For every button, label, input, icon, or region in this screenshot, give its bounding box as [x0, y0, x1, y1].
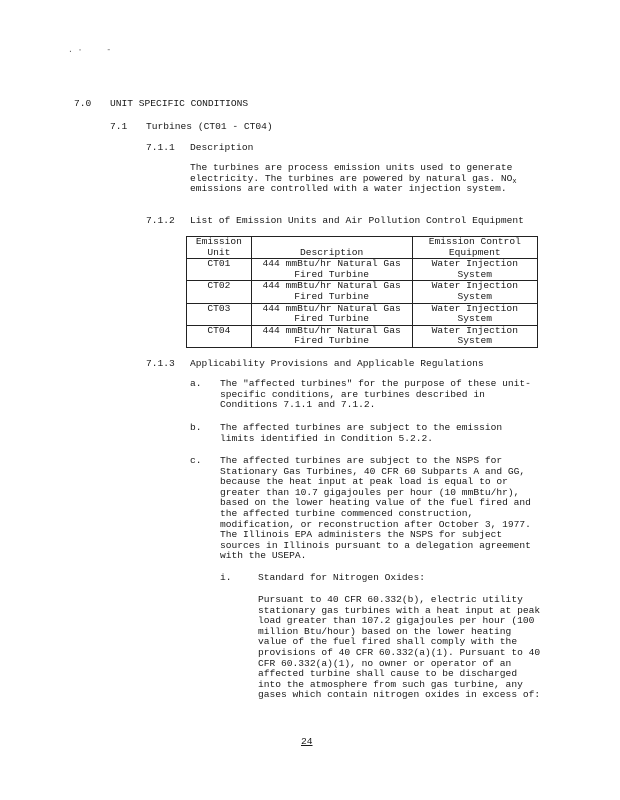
sub-i-label: i.	[220, 573, 232, 584]
table-row: CT02 444 mmBtu/hr Natural GasFired Turbi…	[187, 281, 538, 303]
table-row: CT03 444 mmBtu/hr Natural GasFired Turbi…	[187, 303, 538, 325]
s712-title: List of Emission Units and Air Pollution…	[190, 216, 524, 227]
cell-unit: CT04	[187, 325, 252, 347]
cell-description: 444 mmBtu/hr Natural GasFired Turbine	[251, 259, 412, 281]
section-title: UNIT SPECIFIC CONDITIONS	[110, 99, 248, 110]
subsection-title: Turbines (CT01 - CT04)	[146, 122, 273, 133]
s711-text-post: emissions are controlled with a water in…	[190, 183, 507, 194]
cell-control: Water InjectionSystem	[412, 281, 537, 303]
item-b-label: b.	[190, 423, 202, 434]
item-a-label: a.	[190, 379, 202, 390]
item-c-text: The affected turbines are subject to the…	[220, 456, 538, 562]
s711-text-sub: x	[512, 178, 516, 186]
table-row: CT04 444 mmBtu/hr Natural GasFired Turbi…	[187, 325, 538, 347]
scan-marks: . · -	[68, 46, 111, 57]
cell-description: 444 mmBtu/hr Natural GasFired Turbine	[251, 281, 412, 303]
table-header-row: EmissionUnit Description Emission Contro…	[187, 237, 538, 259]
header-description: Description	[251, 237, 412, 259]
section-number: 7.0	[74, 99, 91, 110]
s711-text-pre: The turbines are process emission units …	[190, 162, 512, 184]
cell-control: Water InjectionSystem	[412, 259, 537, 281]
cell-control: Water InjectionSystem	[412, 325, 537, 347]
emission-units-table: EmissionUnit Description Emission Contro…	[186, 236, 538, 348]
s711-number: 7.1.1	[146, 143, 175, 154]
item-b-text: The affected turbines are subject to the…	[220, 423, 538, 444]
item-c-label: c.	[190, 456, 202, 467]
cell-description: 444 mmBtu/hr Natural GasFired Turbine	[251, 303, 412, 325]
s712-number: 7.1.2	[146, 216, 175, 227]
sub-i-title: Standard for Nitrogen Oxides:	[258, 573, 425, 584]
s711-description: The turbines are process emission units …	[190, 163, 535, 195]
cell-unit: CT03	[187, 303, 252, 325]
cell-description: 444 mmBtu/hr Natural GasFired Turbine	[251, 325, 412, 347]
item-a-text: The "affected turbines" for the purpose …	[220, 379, 538, 411]
page-number: 24	[301, 737, 313, 748]
cell-control: Water InjectionSystem	[412, 303, 537, 325]
subsection-number: 7.1	[110, 122, 127, 133]
header-emission-unit: EmissionUnit	[187, 237, 252, 259]
s713-title: Applicability Provisions and Applicable …	[190, 359, 484, 370]
cell-unit: CT01	[187, 259, 252, 281]
cell-unit: CT02	[187, 281, 252, 303]
s711-title: Description	[190, 143, 253, 154]
s713-number: 7.1.3	[146, 359, 175, 370]
sub-i-text: Pursuant to 40 CFR 60.332(b), electric u…	[258, 595, 543, 701]
header-control-equipment: Emission ControlEquipment	[412, 237, 537, 259]
table-row: CT01 444 mmBtu/hr Natural GasFired Turbi…	[187, 259, 538, 281]
